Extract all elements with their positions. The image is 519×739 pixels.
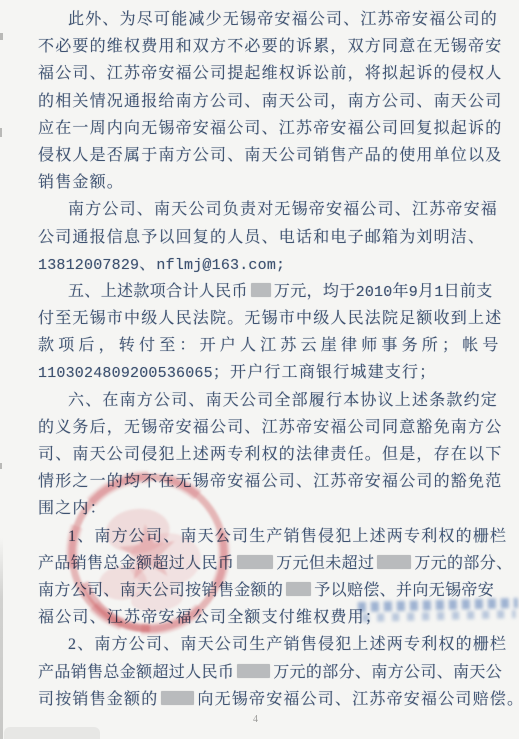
text-line: 产品销售总金额超过人民币万元的部分、南方公司、南天公	[38, 659, 508, 686]
text-run: 公司通报信息予以回复的人员、电话和电子邮箱为刘明洁、	[38, 229, 485, 246]
text-line: 围之内：	[38, 495, 508, 522]
scan-speck	[0, 33, 3, 40]
text-run: 南方公司、南天公司按销售金额的	[38, 582, 283, 599]
ink-transfer-smudge	[358, 595, 519, 626]
text-run: ；开户行工商银行城建支行；	[213, 364, 437, 381]
text-line: 福公司、江苏帝安福公司提起维权诉讼前，将拟起诉的侵权人	[38, 60, 508, 87]
text-line: 1103024809200536065；开户行工商银行城建支行；	[38, 359, 508, 386]
text-run: 万元的部分、南方公司、南天公	[273, 664, 502, 681]
text-run: 的相关情况通报给南方公司、南天公司，南方公司、南天公司	[38, 93, 502, 110]
text-run: 围之内：	[38, 500, 107, 517]
text-run: 1、南方公司、南天公司生产销售侵犯上述两专利权的栅栏	[68, 528, 507, 545]
scan-speck	[0, 128, 2, 137]
text-run: 五、上述款项合计人民币	[68, 283, 248, 300]
text-line: 产品销售总金额超过人民币万元但未超过万元的部分、	[38, 550, 508, 577]
text-run: 司按销售金额的	[38, 691, 158, 708]
text-run: 2010	[356, 284, 393, 301]
text-run: 产品销售总金额超过人民币	[38, 664, 234, 681]
text-line: 侵权人是否属于南方公司、南天公司销售产品的使用单位以及	[38, 142, 508, 169]
text-run: 万元的部分、	[414, 555, 512, 572]
scanned-document-page: 此外、为尽可能减少无锡帝安福公司、江苏帝安福公司的不必要的维权费用和双方不必要的…	[0, 0, 519, 739]
text-run: 13812007829	[38, 257, 139, 274]
text-run: 向无锡帝安福公司、江苏帝安福公司赔偿。	[197, 691, 519, 708]
text-run: 侵权人是否属于南方公司、南天公司销售产品的使用单位以及	[38, 147, 502, 164]
text-run: 月	[418, 283, 434, 300]
text-line: 六、在南方公司、南天公司全部履行本协议上述条款约定	[38, 387, 508, 414]
text-line: 司按销售金额的向无锡帝安福公司、江苏帝安福公司赔偿。	[38, 686, 508, 713]
text-run: 万元但未超过	[276, 555, 374, 572]
page-number: 4	[253, 714, 258, 725]
text-line: 此外、为尽可能减少无锡帝安福公司、江苏帝安福公司的	[38, 6, 508, 33]
text-line: 款项后，转付至：开户人江苏云崖律师事务所；帐号	[38, 332, 508, 359]
scan-edge-shadow	[0, 538, 3, 739]
text-run: 1103024809200536065	[38, 365, 213, 382]
redaction-box	[237, 555, 273, 569]
scan-corner-artifact	[4, 727, 100, 739]
redaction-box	[251, 283, 271, 297]
text-line: 的相关情况通报给南方公司、南天公司，南方公司、南天公司	[38, 88, 508, 115]
text-run: 、	[139, 256, 156, 273]
text-line: 情形之一的均不在无锡帝安福公司、江苏帝安福公司的豁免范	[38, 468, 508, 495]
text-line: 付至无锡市中级人民法院。无锡市中级人民法院足额收到上述	[38, 305, 508, 332]
text-run: 万元，均于	[274, 283, 356, 300]
text-run: 南方公司、南天公司负责对无锡帝安福公司、江苏帝安福	[68, 201, 498, 218]
text-run: 情形之一的均不在无锡帝安福公司、江苏帝安福公司的豁免范	[38, 473, 502, 490]
text-run: 日前支	[444, 283, 493, 300]
text-run: nflmj@163.com;	[156, 257, 285, 274]
text-run: 销售金额。	[38, 174, 124, 191]
redaction-box	[377, 555, 411, 569]
text-run: 六、在南方公司、南天公司全部履行本协议上述条款约定	[68, 392, 498, 409]
text-run: 年	[392, 283, 408, 300]
text-run: 司、南天公司侵犯上述两专利权的法律责任。但是，存在以下	[38, 446, 502, 463]
text-run: 产品销售总金额超过人民币	[38, 555, 234, 572]
text-line: 的义务后，无锡帝安福公司、江苏帝安福公司同意豁免南方公	[38, 414, 508, 441]
redaction-box	[237, 664, 270, 678]
text-run: 此外、为尽可能减少无锡帝安福公司、江苏帝安福公司的	[68, 11, 498, 28]
text-line: 公司通报信息予以回复的人员、电话和电子邮箱为刘明洁、	[38, 224, 508, 251]
text-run: 付至无锡市中级人民法院。无锡市中级人民法院足额收到上述	[38, 310, 502, 327]
text-run: 1	[434, 284, 443, 301]
text-line: 不必要的维权费用和双方不必要的诉累，双方同意在无锡帝安	[38, 33, 508, 60]
text-run: 福公司、江苏帝安福公司全额支付维权费用；	[38, 609, 382, 626]
text-line: 司、南天公司侵犯上述两专利权的法律责任。但是，存在以下	[38, 441, 508, 468]
scan-speck	[0, 463, 2, 469]
text-run: 应在一周内向无锡帝安福公司、江苏帝安福公司回复拟起诉的	[38, 120, 502, 137]
redaction-box	[161, 691, 194, 705]
text-run: 款项后，转付至：开户人江苏云崖律师事务所；帐号	[38, 337, 503, 354]
text-line: 五、上述款项合计人民币万元，均于2010年9月1日前支	[38, 278, 508, 305]
text-run: 福公司、江苏帝安福公司提起维权诉讼前，将拟起诉的侵权人	[38, 65, 502, 82]
text-run: 2、南方公司、南天公司生产销售侵犯上述两专利权的栅栏	[68, 636, 507, 653]
text-line: 13812007829、nflmj@163.com;	[38, 251, 508, 278]
text-line: 2、南方公司、南天公司生产销售侵犯上述两专利权的栅栏	[38, 631, 508, 658]
text-run: 9	[409, 284, 418, 301]
redaction-box	[286, 582, 311, 596]
text-run: 不必要的维权费用和双方不必要的诉累，双方同意在无锡帝安	[38, 38, 502, 55]
text-run: 的义务后，无锡帝安福公司、江苏帝安福公司同意豁免南方公	[38, 419, 502, 436]
text-line: 1、南方公司、南天公司生产销售侵犯上述两专利权的栅栏	[38, 523, 508, 550]
text-line: 销售金额。	[38, 169, 508, 196]
text-line: 南方公司、南天公司负责对无锡帝安福公司、江苏帝安福	[38, 196, 508, 223]
text-line: 应在一周内向无锡帝安福公司、江苏帝安福公司回复拟起诉的	[38, 115, 508, 142]
